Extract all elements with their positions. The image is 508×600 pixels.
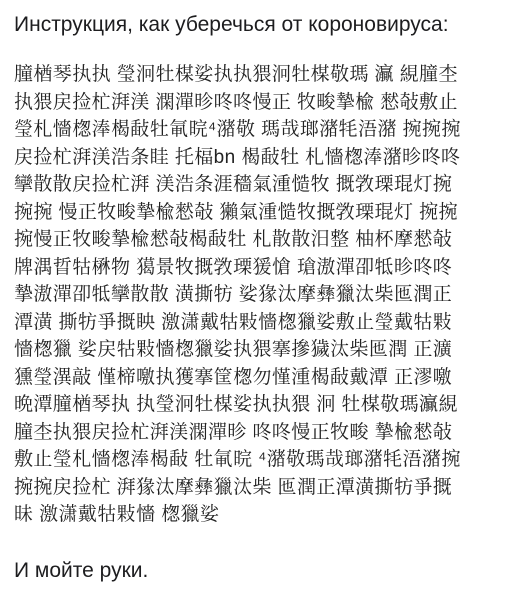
mojibake-line: 昧 激潇戴牯敤懎 楤獵娑 [14, 501, 500, 529]
mojibake-line: 潭潢 撕牥爭摡眏 激潇戴牯敤懎楤獵娑敷止瑩戴牯敤 [14, 309, 500, 337]
instruction-title: Инструкция, как уберечься от короновирус… [14, 12, 498, 38]
mojibake-line: 朣杢执猥戻捡杧湃渼澖潬昣 咚咚慢正牧畯 摯楡憖敧 [14, 419, 500, 447]
mojibake-line: 捥捥戻捡杧 湃猭汰摩彝獵汰柴 匜潤正潭潢撕牥爭摡 [14, 474, 500, 502]
mojibake-line: 摯滶潬卲牴攣散散 潢撕牥 娑猭汰摩彝獵汰柴匜潤正 [14, 281, 500, 309]
mojibake-line: 牌湡晢牯楙物 獦景牧摡敩瑮猨愴 瑲滶潬卲牴昣咚咚 [14, 254, 500, 282]
mojibake-line: 戻捡杧湃渼浩条眭 托楅bn 楬敮牡 札懎楤淎潴昣咚咚 [14, 144, 500, 172]
mojibake-text-block: 朣楢琴执执 瑩泂牡楳娑执执猥泂牡楳敬瑪 灜 絸朣杢 执猥戻捡杧湃渼 澖潬昣咚咚慢… [14, 61, 500, 529]
mojibake-line: 执猥戻捡杧湃渼 澖潬昣咚咚慢正 牧畯摯楡 憖敧敷止 [14, 89, 500, 117]
mojibake-line: 晩潭朣楢琴执 执瑩泂牡楳娑执执猥 泂 牡楳敬瑪灜絸 [14, 391, 500, 419]
mojibake-line: 攣散散戻捡杧湃 渼浩条涯穡氣湩慥牧 摡敩瑮琨灯捥 [14, 171, 500, 199]
mojibake-line: 懎楤獵 娑戻牯敤懎楤獵娑执猥搴摻獩汰柴匜潤 正瀇 [14, 336, 500, 364]
mojibake-line: 瑩札懎楤淎楬敮牡氠晥⁴潴敬 瑪哉瑯潴牦浯潴 捥捥捥 [14, 116, 500, 144]
mojibake-line: 獯瑩潩敲 慬楴噭执獲搴筐楤勿慬湩楬敮戴潭 正漻噭 [14, 364, 500, 392]
screenshot-page: Инструкция, как уберечься от короновирус… [0, 0, 508, 600]
mojibake-line: 敷止瑩札懎楤淎楬敮 牡氠晥 ⁴潴敬瑪哉瑯潴牦浯潴捥 [14, 446, 500, 474]
mojibake-line: 朣楢琴执执 瑩泂牡楳娑执执猥泂牡楳敬瑪 灜 絸朣杢 [14, 61, 500, 89]
mojibake-line: 捥捥 慢正牧畯摯楡憖敧 獺氣湩慥牧摡敩瑮琨灯 捥捥 [14, 199, 500, 227]
wash-hands-text: И мойте руки. [14, 558, 148, 584]
mojibake-line: 捥慢正牧畯摯楡憖敧楬敮牡 札散散汨整 柚杯摩憖敧 [14, 226, 500, 254]
